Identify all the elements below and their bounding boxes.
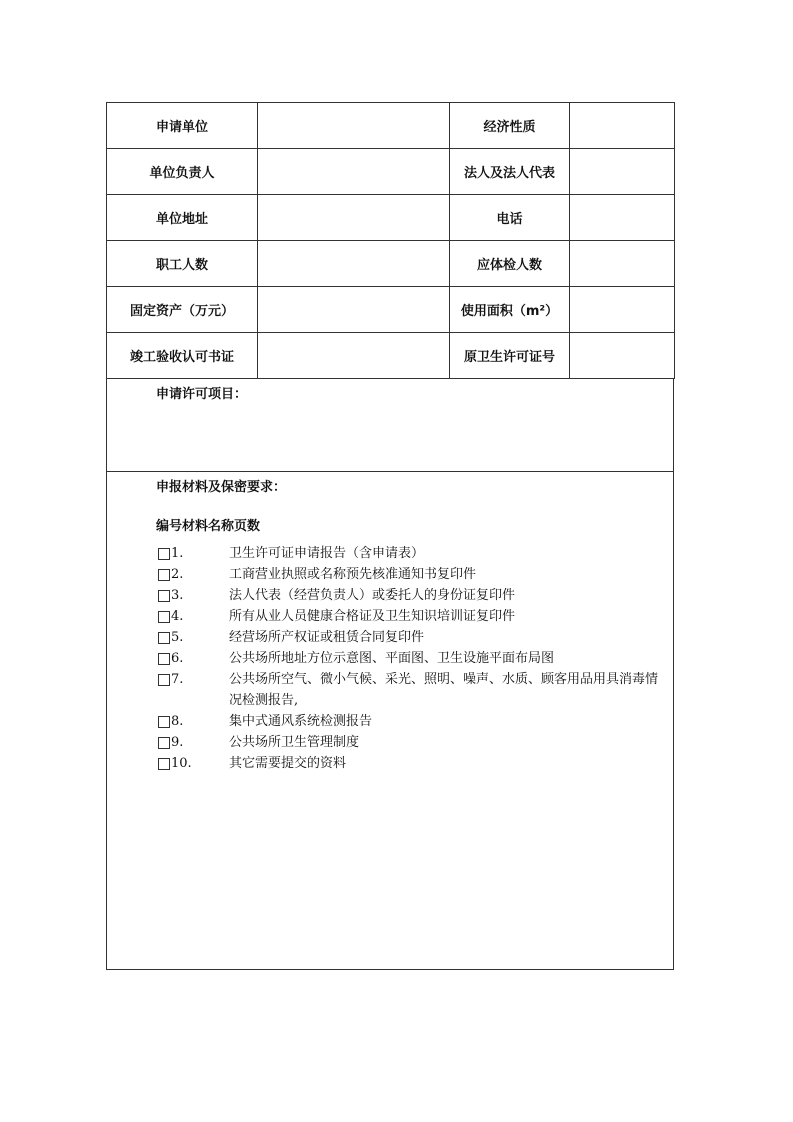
label-fixed-assets: 固定资产（万元）: [107, 287, 258, 333]
item-text: 卫生许可证申请报告（含申请表）: [229, 543, 668, 564]
label-legal-representative: 法人及法人代表: [450, 149, 570, 195]
item-number: 4.: [171, 606, 183, 627]
item-text: 公共场所卫生管理制度: [229, 732, 668, 753]
checkbox[interactable]: [158, 569, 170, 581]
materials-list: 1. 卫生许可证申请报告（含申请表） 2. 工商营业执照或名称预先核准通知书复印…: [158, 543, 668, 774]
label-unit-address: 单位地址: [107, 195, 258, 241]
checkbox[interactable]: [158, 611, 170, 623]
item-number: 6.: [171, 648, 183, 669]
label-medical-exam-count: 应体检人数: [450, 241, 570, 287]
application-form: 申请单位 经济性质 单位负责人 法人及法人代表 单位地址 电话 职工人数 应体: [106, 102, 674, 970]
table-row: 单位负责人 法人及法人代表: [107, 149, 675, 195]
label-unit-head: 单位负责人: [107, 149, 258, 195]
table-row: 申请单位 经济性质: [107, 103, 675, 149]
item-text: 集中式通风系统检测报告: [229, 711, 668, 732]
list-item: 4. 所有从业人员健康合格证及卫生知识培训证复印件: [158, 606, 668, 627]
item-text: 所有从业人员健康合格证及卫生知识培训证复印件: [229, 606, 668, 627]
checkbox[interactable]: [158, 758, 170, 770]
checkbox[interactable]: [158, 716, 170, 728]
item-number: 2.: [171, 564, 183, 585]
label-usable-area: 使用面积（m²）: [450, 287, 570, 333]
item-text: 经营场所产权证或租赁合同复印件: [229, 627, 668, 648]
list-item: 2. 工商营业执照或名称预先核准通知书复印件: [158, 564, 668, 585]
list-item: 6. 公共场所地址方位示意图、平面图、卫生设施平面布局图: [158, 648, 668, 669]
list-item: 8. 集中式通风系统检测报告: [158, 711, 668, 732]
economic-nature-field[interactable]: [570, 103, 675, 149]
list-item: 7. 公共场所空气、微小气候、采光、照明、噪声、水质、顾客用品用具消毒情况检测报…: [158, 669, 668, 711]
unit-address-field[interactable]: [258, 195, 450, 241]
label-phone: 电话: [450, 195, 570, 241]
label-economic-nature: 经济性质: [450, 103, 570, 149]
medical-exam-count-field[interactable]: [570, 241, 675, 287]
item-number: 9.: [171, 732, 183, 753]
table-row: 职工人数 应体检人数: [107, 241, 675, 287]
unit-head-field[interactable]: [258, 149, 450, 195]
item-number: 7.: [171, 669, 183, 690]
checkbox[interactable]: [158, 590, 170, 602]
item-text: 法人代表（经营负责人）或委托人的身份证复印件: [229, 585, 668, 606]
item-text: 工商营业执照或名称预先核准通知书复印件: [229, 564, 668, 585]
usable-area-field[interactable]: [570, 287, 675, 333]
checkbox[interactable]: [158, 632, 170, 644]
list-item: 9. 公共场所卫生管理制度: [158, 732, 668, 753]
info-table: 申请单位 经济性质 单位负责人 法人及法人代表 单位地址 电话 职工人数 应体: [106, 102, 675, 379]
original-license-number-field[interactable]: [570, 333, 675, 379]
label-applicant-unit: 申请单位: [107, 103, 258, 149]
applicant-unit-field[interactable]: [258, 103, 450, 149]
table-row: 竣工验收认可书证 原卫生许可证号: [107, 333, 675, 379]
table-row: 单位地址 电话: [107, 195, 675, 241]
license-project-section[interactable]: 申请许可项目：: [106, 379, 674, 472]
item-number: 5.: [171, 627, 183, 648]
license-project-title: 申请许可项目：: [156, 383, 247, 402]
materials-list-header: 编号材料名称页数: [156, 515, 260, 534]
legal-representative-field[interactable]: [570, 149, 675, 195]
item-text: 其它需要提交的资料: [229, 753, 668, 774]
checkbox[interactable]: [158, 653, 170, 665]
checkbox[interactable]: [158, 674, 170, 686]
list-item: 3. 法人代表（经营负责人）或委托人的身份证复印件: [158, 585, 668, 606]
list-item: 5. 经营场所产权证或租赁合同复印件: [158, 627, 668, 648]
checkbox[interactable]: [158, 737, 170, 749]
item-number: 8.: [171, 711, 183, 732]
phone-field[interactable]: [570, 195, 675, 241]
label-completion-acceptance: 竣工验收认可书证: [107, 333, 258, 379]
label-employee-count: 职工人数: [107, 241, 258, 287]
list-item: 10. 其它需要提交的资料: [158, 753, 668, 774]
employee-count-field[interactable]: [258, 241, 450, 287]
table-row: 固定资产（万元） 使用面积（m²）: [107, 287, 675, 333]
item-number: 3.: [171, 585, 183, 606]
fixed-assets-field[interactable]: [258, 287, 450, 333]
materials-section: 申报材料及保密要求： 编号材料名称页数 1. 卫生许可证申请报告（含申请表） 2…: [106, 472, 674, 970]
checkbox[interactable]: [158, 548, 170, 560]
materials-title: 申报材料及保密要求：: [156, 476, 286, 495]
label-original-license-number: 原卫生许可证号: [450, 333, 570, 379]
list-item: 1. 卫生许可证申请报告（含申请表）: [158, 543, 668, 564]
item-number: 1.: [171, 543, 183, 564]
item-text: 公共场所空气、微小气候、采光、照明、噪声、水质、顾客用品用具消毒情况检测报告,: [229, 669, 668, 711]
completion-acceptance-field[interactable]: [258, 333, 450, 379]
item-text: 公共场所地址方位示意图、平面图、卫生设施平面布局图: [229, 648, 668, 669]
item-number: 10.: [171, 753, 192, 774]
